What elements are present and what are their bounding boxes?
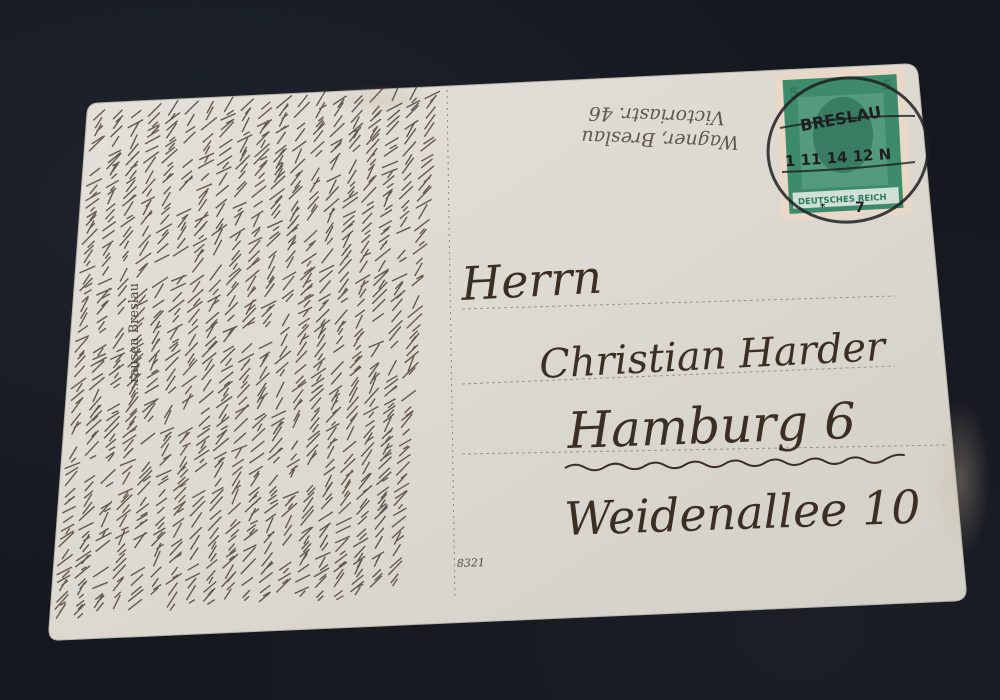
postcard-photo: ...rausen Breslau 8321 Wagner, Breslau V… xyxy=(0,0,1000,700)
svg-text:*: * xyxy=(820,202,826,213)
publisher-imprint: ...rausen Breslau xyxy=(127,283,142,395)
card-number: 8321 xyxy=(457,556,485,570)
address-city: Hamburg 6 xyxy=(565,392,857,460)
postcard: ...rausen Breslau 8321 Wagner, Breslau V… xyxy=(0,0,1000,700)
postmark-number: 7 xyxy=(855,200,865,216)
address-salutation: Herrn xyxy=(459,250,604,311)
